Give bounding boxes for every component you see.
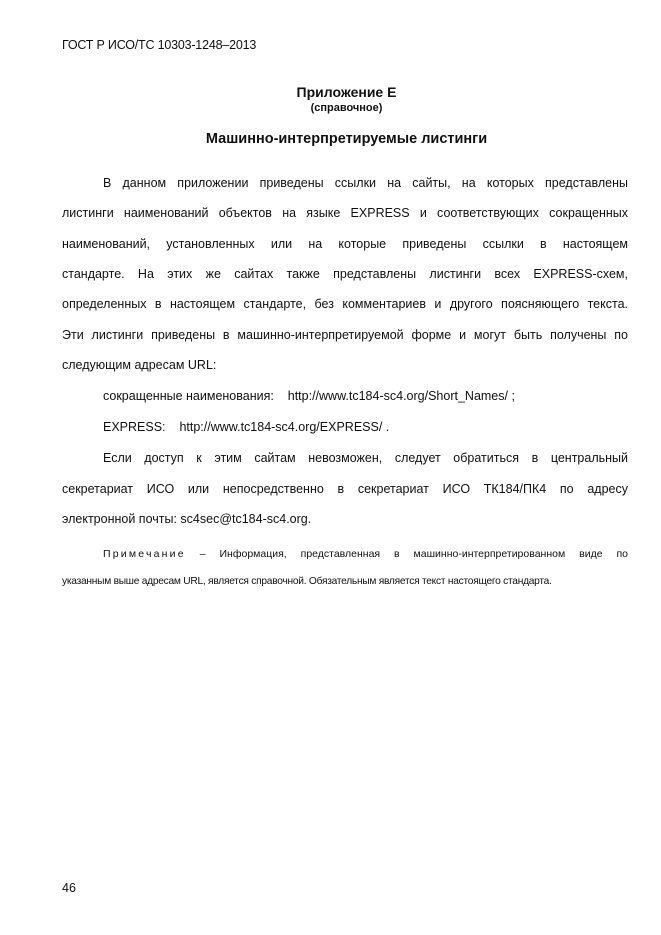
url-short-names-label: сокращенные наименования:	[103, 389, 274, 403]
page-number: 46	[62, 881, 76, 895]
document-header: ГОСТ Р ИСО/ТС 10303-1248–2013	[62, 38, 256, 52]
url-short-names-row: сокращенные наименования: http://www.tc1…	[103, 388, 515, 404]
url-express-label: EXPRESS:	[103, 420, 166, 434]
appendix-title: Приложение Е	[16, 84, 661, 100]
url-short-names-link[interactable]: http://www.tc184-sc4.org/Short_Names/	[288, 389, 508, 403]
url-express-row: EXPRESS: http://www.tc184-sc4.org/EXPRES…	[103, 419, 389, 435]
paragraph-line: секретариат ИСО или непосредственно в се…	[62, 481, 628, 497]
note-text-1: – Информация, представленная в машинно-и…	[200, 548, 628, 560]
paragraph-line: листинги наименований объектов на языке …	[62, 205, 628, 221]
paragraph-line: наименований, установленных или на котор…	[62, 236, 628, 252]
paragraph-line: Если доступ к этим сайтам невозможен, сл…	[103, 450, 628, 466]
appendix-subtitle: (справочное)	[16, 102, 661, 114]
note-line-2: указанным выше адресам URL, является спр…	[62, 575, 628, 589]
paragraph-line: В данном приложении приведены ссылки на …	[103, 175, 628, 191]
paragraph-line: следующим адресам URL:	[62, 357, 628, 373]
url-short-names-suffix: ;	[511, 389, 514, 403]
note-line-1: Примечание – Информация, представленная …	[103, 547, 628, 561]
paragraph-line: Эти листинги приведены в машинно-интерпр…	[62, 327, 628, 343]
paragraph-line: стандарте. На этих же сайтах также предс…	[62, 266, 628, 282]
section-title: Машинно-интерпретируемые листинги	[16, 131, 661, 147]
note-label: Примечание	[103, 548, 186, 560]
paragraph-line: определенных в настоящем стандарте, без …	[62, 296, 628, 312]
paragraph-line: электронной почты: sc4sec@tc184-sc4.org.	[62, 511, 628, 527]
url-express-link[interactable]: http://www.tc184-sc4.org/EXPRESS/	[179, 420, 382, 434]
url-express-suffix: .	[386, 420, 389, 434]
